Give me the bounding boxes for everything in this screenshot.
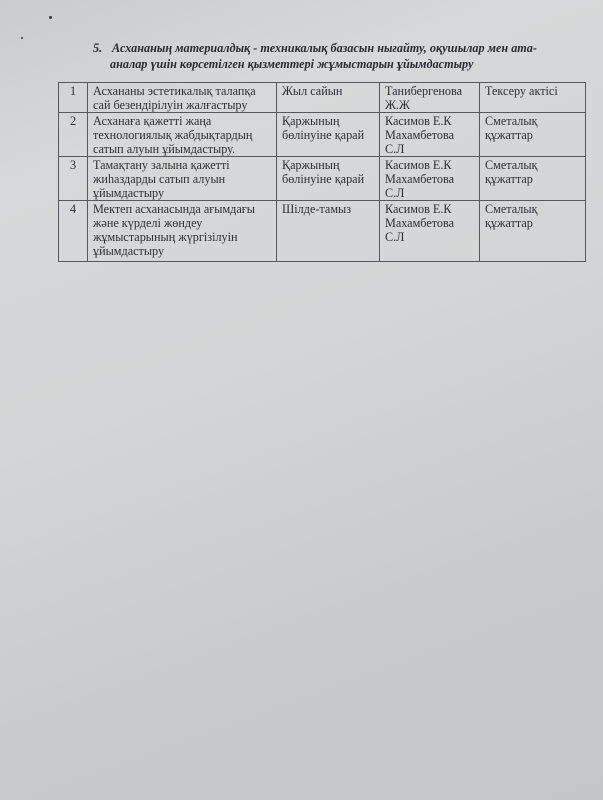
section-number: 5.	[93, 40, 109, 56]
cell-task: Асханаға қажетті жаңатехнологиялық жабды…	[88, 113, 277, 157]
table-row: 1Асхананы эстетикалық талапқасай безенді…	[59, 83, 586, 113]
cell-number: 2	[59, 113, 88, 157]
cell-deadline: Шілде-тамыз	[277, 201, 380, 262]
cell-task-text: жұмыстарының жүргізілуін	[93, 230, 271, 244]
cell-result: Сметалыққұжаттар	[480, 113, 586, 157]
cell-responsible-text: Махамбетова	[385, 172, 474, 186]
cell-result-text: құжаттар	[485, 172, 580, 186]
cell-responsible-text: С.Л	[385, 230, 474, 244]
cell-task-text: ұйымдастыру	[93, 244, 271, 258]
section-title-line2: аналар үшін көрсетілген қызметтері жұмыс…	[93, 56, 593, 72]
section-title-line1: Асхананың материалдық - техникалық базас…	[112, 41, 537, 55]
cell-responsible-text: Касимов Е.К	[385, 202, 474, 216]
cell-task: Тамақтану залына қажеттіжиһаздарды сатып…	[88, 157, 277, 201]
paper-speck	[21, 37, 23, 39]
cell-number-text: 2	[64, 114, 82, 128]
cell-task-text: және күрделі жөндеу	[93, 216, 271, 230]
cell-task: Мектеп асханасында ағымдағыжәне күрделі …	[88, 201, 277, 262]
cell-result-text: Сметалық	[485, 202, 580, 216]
cell-result: Сметалыққұжаттар	[480, 201, 586, 262]
cell-responsible: Касимов Е.КМахамбетоваС.Л	[380, 157, 480, 201]
cell-number-text: 4	[64, 202, 82, 216]
cell-deadline-text: Қаржының	[282, 158, 374, 172]
cell-responsible: Касимов Е.КМахамбетоваС.Л	[380, 201, 480, 262]
cell-task-text: технологиялық жабдықтардың	[93, 128, 271, 142]
cell-task-text: Асхананы эстетикалық талапқа	[93, 84, 271, 98]
table-row: 4Мектеп асханасында ағымдағыжәне күрделі…	[59, 201, 586, 262]
cell-deadline-text: Шілде-тамыз	[282, 202, 374, 216]
cell-result: Сметалыққұжаттар	[480, 157, 586, 201]
cell-deadline: Жыл сайын	[277, 83, 380, 113]
cell-number: 1	[59, 83, 88, 113]
cell-number: 3	[59, 157, 88, 201]
cell-deadline-text: бөлінуіне қарай	[282, 172, 374, 186]
cell-deadline-text: Қаржының	[282, 114, 374, 128]
cell-responsible-text: С.Л	[385, 142, 474, 156]
cell-result-text: құжаттар	[485, 216, 580, 230]
cell-responsible-text: С.Л	[385, 186, 474, 200]
cell-number-text: 3	[64, 158, 82, 172]
cell-deadline: Қаржыныңбөлінуіне қарай	[277, 113, 380, 157]
cell-deadline-text: Жыл сайын	[282, 84, 374, 98]
paper-speck	[49, 16, 52, 19]
cell-task: Асхананы эстетикалық талапқасай безендір…	[88, 83, 277, 113]
cell-responsible-text: Махамбетова	[385, 128, 474, 142]
table-row: 2Асханаға қажетті жаңатехнологиялық жабд…	[59, 113, 586, 157]
cell-deadline-text: бөлінуіне қарай	[282, 128, 374, 142]
cell-responsible-text: Ж.Ж	[385, 98, 474, 112]
cell-responsible-text: Танибергенова	[385, 84, 474, 98]
cell-deadline: Қаржыныңбөлінуіне қарай	[277, 157, 380, 201]
cell-responsible: ТанибергеноваЖ.Ж	[380, 83, 480, 113]
cell-result-text: құжаттар	[485, 128, 580, 142]
cell-result: Тексеру актісі	[480, 83, 586, 113]
cell-task-text: сай безендірілуін жалғастыру	[93, 98, 271, 112]
cell-responsible-text: Касимов Е.К	[385, 158, 474, 172]
cell-result-text: Тексеру актісі	[485, 84, 580, 98]
cell-task-text: Тамақтану залына қажетті	[93, 158, 271, 172]
cell-responsible: Касимов Е.КМахамбетоваС.Л	[380, 113, 480, 157]
cell-number: 4	[59, 201, 88, 262]
cell-result-text: Сметалық	[485, 158, 580, 172]
cell-task-text: сатып алуын ұйымдастыру.	[93, 142, 271, 156]
cell-number-text: 1	[64, 84, 82, 98]
table-row: 3Тамақтану залына қажеттіжиһаздарды саты…	[59, 157, 586, 201]
cell-responsible-text: Касимов Е.К	[385, 114, 474, 128]
section-heading: 5. Асхананың материалдық - техникалық ба…	[93, 40, 593, 72]
cell-task-text: Мектеп асханасында ағымдағы	[93, 202, 271, 216]
cell-task-text: ұйымдастыру	[93, 186, 271, 200]
cell-result-text: Сметалық	[485, 114, 580, 128]
cell-task-text: жиһаздарды сатып алуын	[93, 172, 271, 186]
plan-table: 1Асхананы эстетикалық талапқасай безенді…	[58, 82, 586, 262]
cell-responsible-text: Махамбетова	[385, 216, 474, 230]
cell-task-text: Асханаға қажетті жаңа	[93, 114, 271, 128]
